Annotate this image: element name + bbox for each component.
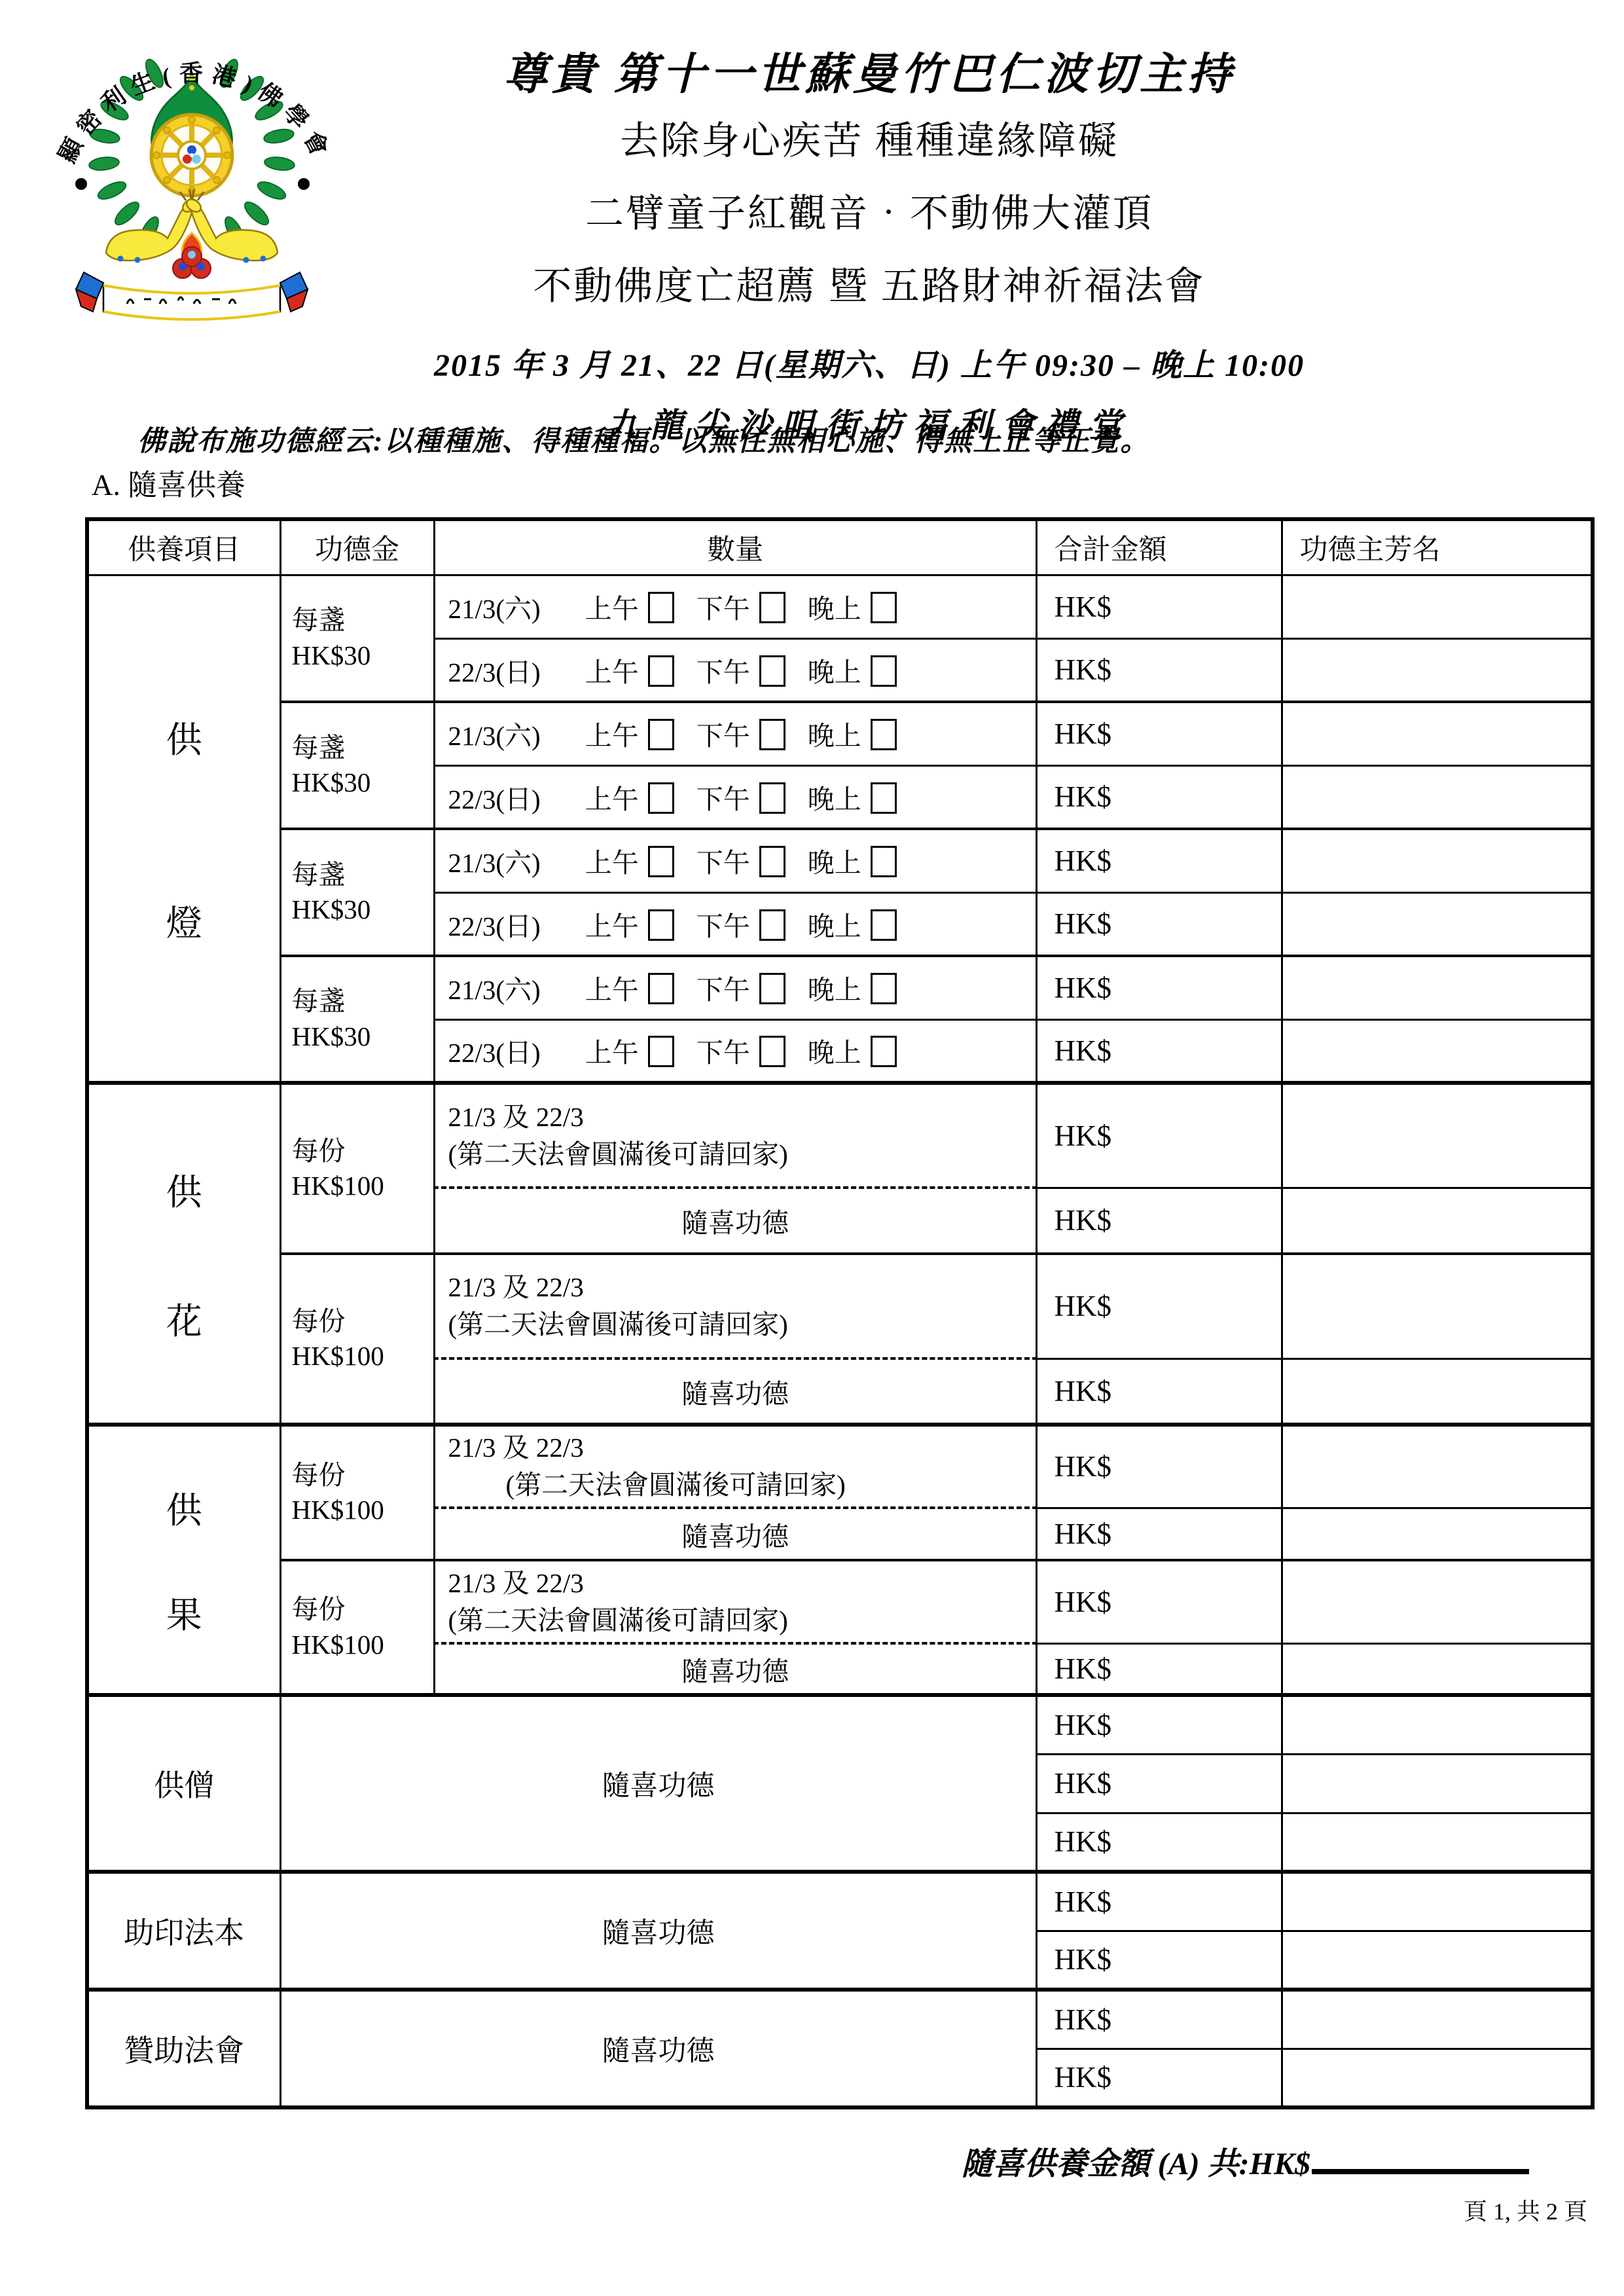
unit-price-cell: 每份 HK$100 xyxy=(280,1254,434,1425)
table-row: 每份 HK$100 21/3 及 22/3 (第二天法會圓滿後可請回家) HK$ xyxy=(87,1560,1593,1643)
table-row: 供 花 每份 HK$100 21/3 及 22/3 (第二天法會圓滿後可請回家)… xyxy=(87,1083,1593,1188)
unit-price-cell: 每份 HK$100 xyxy=(280,1083,434,1254)
donor-name-cell[interactable] xyxy=(1282,1358,1593,1425)
item-sangha: 供僧 xyxy=(87,1695,280,1872)
amount-cell: HK$ xyxy=(1036,1425,1282,1508)
donor-name-cell[interactable] xyxy=(1282,1019,1593,1083)
scripture-quote: 佛說布施功德經云:以種種施、得種種福。以無住無相心施、得無上正等正覺。 xyxy=(137,419,1149,459)
table-row: 助印法本 隨喜功德 HK$ xyxy=(87,1872,1593,1931)
amount-cell: HK$ xyxy=(1036,1813,1282,1872)
qty-cell-dates: 21/3 及 22/3 (第二天法會圓滿後可請回家) xyxy=(434,1083,1036,1188)
subtitle-3: 不動佛度亡超薦 暨 五路財神祈福法會 xyxy=(115,267,1624,306)
amount-cell: HK$ xyxy=(1036,1872,1282,1931)
rejoice-merit-cell: 隨喜功德 xyxy=(280,1695,1036,1872)
event-datetime: 2015 年 3 月 21、22 日(星期六、日) 上午 09:30 – 晚上 … xyxy=(115,340,1624,385)
section-a-label: A. 隨喜供養 xyxy=(92,461,245,503)
checkbox-afternoon[interactable] xyxy=(759,592,785,623)
col-header-item: 供養項目 xyxy=(87,519,280,575)
checkbox-morning[interactable] xyxy=(648,1036,674,1067)
qty-cell-day1: 21/3(六)上午下午晚上 xyxy=(434,702,1036,765)
unit-price-cell: 每份 HK$100 xyxy=(280,1560,434,1695)
checkbox-morning[interactable] xyxy=(648,973,674,1004)
donor-name-cell[interactable] xyxy=(1282,2049,1593,2107)
item-print-texts: 助印法本 xyxy=(87,1872,280,1990)
checkbox-evening[interactable] xyxy=(871,719,897,750)
amount-cell: HK$ xyxy=(1036,1754,1282,1813)
table-row: 供 果 每份 HK$100 21/3 及 22/3 (第二天法會圓滿後可請回家)… xyxy=(87,1425,1593,1508)
amount-cell: HK$ xyxy=(1036,892,1282,956)
donor-name-cell[interactable] xyxy=(1282,638,1593,702)
donor-name-cell[interactable] xyxy=(1282,1931,1593,1990)
checkbox-evening[interactable] xyxy=(871,846,897,877)
amount-cell: HK$ xyxy=(1036,702,1282,765)
donor-name-cell[interactable] xyxy=(1282,1813,1593,1872)
checkbox-morning[interactable] xyxy=(648,782,674,814)
checkbox-evening[interactable] xyxy=(871,592,897,623)
table-row: 每盞 HK$30 21/3(六)上午下午晚上 HK$ xyxy=(87,702,1593,765)
checkbox-evening[interactable] xyxy=(871,782,897,814)
checkbox-afternoon[interactable] xyxy=(759,782,785,814)
item-sponsor-puja: 贊助法會 xyxy=(87,1990,280,2107)
rejoice-merit-cell: 隨喜功德 xyxy=(434,1188,1036,1254)
checkbox-morning[interactable] xyxy=(648,846,674,877)
checkbox-morning[interactable] xyxy=(648,909,674,941)
rejoice-merit-cell: 隨喜功德 xyxy=(434,1643,1036,1695)
qty-cell-day1: 21/3(六)上午下午晚上 xyxy=(434,829,1036,892)
donor-name-cell[interactable] xyxy=(1282,1508,1593,1560)
checkbox-evening[interactable] xyxy=(871,655,897,687)
checkbox-afternoon[interactable] xyxy=(759,909,785,941)
donor-name-cell[interactable] xyxy=(1282,1872,1593,1931)
donor-name-cell[interactable] xyxy=(1282,1990,1593,2049)
donor-name-cell[interactable] xyxy=(1282,702,1593,765)
donor-name-cell[interactable] xyxy=(1282,1083,1593,1188)
donor-name-cell[interactable] xyxy=(1282,892,1593,956)
donor-name-cell[interactable] xyxy=(1282,1188,1593,1254)
amount-cell: HK$ xyxy=(1036,1188,1282,1254)
amount-cell: HK$ xyxy=(1036,1019,1282,1083)
qty-cell-day2: 22/3(日)上午下午晚上 xyxy=(434,765,1036,829)
col-header-unit: 功德金 xyxy=(280,519,434,575)
amount-cell: HK$ xyxy=(1036,765,1282,829)
checkbox-evening[interactable] xyxy=(871,973,897,1004)
item-fruit: 供 果 xyxy=(87,1425,280,1695)
amount-cell: HK$ xyxy=(1036,1695,1282,1754)
total-amount-line: 隨喜供養金額 (A) 共:HK$ xyxy=(0,2138,1529,2183)
donor-name-cell[interactable] xyxy=(1282,1754,1593,1813)
donor-name-cell[interactable] xyxy=(1282,956,1593,1019)
amount-cell: HK$ xyxy=(1036,829,1282,892)
total-amount-blank-field[interactable] xyxy=(1312,2140,1529,2174)
unit-price-cell: 每盞 HK$30 xyxy=(280,575,434,702)
checkbox-afternoon[interactable] xyxy=(759,1036,785,1067)
checkbox-afternoon[interactable] xyxy=(759,973,785,1004)
unit-price-cell: 每盞 HK$30 xyxy=(280,956,434,1083)
amount-cell: HK$ xyxy=(1036,1254,1282,1358)
col-header-amount: 合計金額 xyxy=(1036,519,1282,575)
table-header-row: 供養項目 功德金 數量 合計金額 功德主芳名 xyxy=(87,519,1593,575)
item-lamp: 供 燈 xyxy=(87,575,280,1083)
donor-name-cell[interactable] xyxy=(1282,1643,1593,1695)
item-flower: 供 花 xyxy=(87,1083,280,1425)
header-block: 尊貴 第十一世蘇曼竹巴仁波切主持 去除身心疾苦 種種違緣障礙 二臂童子紅觀音‧不… xyxy=(0,47,1624,446)
unit-price-cell: 每份 HK$100 xyxy=(280,1425,434,1560)
qty-cell-dates: 21/3 及 22/3 (第二天法會圓滿後可請回家) xyxy=(434,1254,1036,1358)
amount-cell: HK$ xyxy=(1036,1083,1282,1188)
page-number: 頁 1, 共 2 頁 xyxy=(1464,2193,1587,2227)
checkbox-morning[interactable] xyxy=(648,592,674,623)
table-row: 供 燈 每盞 HK$30 21/3(六)上午下午晚上 HK$ xyxy=(87,575,1593,638)
col-header-donor: 功德主芳名 xyxy=(1282,519,1593,575)
checkbox-afternoon[interactable] xyxy=(759,655,785,687)
checkbox-morning[interactable] xyxy=(648,719,674,750)
table-row: 每盞 HK$30 21/3(六)上午下午晚上 HK$ xyxy=(87,829,1593,892)
checkbox-morning[interactable] xyxy=(648,655,674,687)
donor-name-cell[interactable] xyxy=(1282,1560,1593,1643)
amount-cell: HK$ xyxy=(1036,2049,1282,2107)
amount-cell: HK$ xyxy=(1036,638,1282,702)
col-header-qty: 數量 xyxy=(434,519,1036,575)
table-row: 贊助法會 隨喜功德 HK$ xyxy=(87,1990,1593,2049)
amount-cell: HK$ xyxy=(1036,1508,1282,1560)
qty-cell-day1: 21/3(六)上午下午晚上 xyxy=(434,956,1036,1019)
donor-name-cell[interactable] xyxy=(1282,575,1593,638)
checkbox-afternoon[interactable] xyxy=(759,719,785,750)
donor-name-cell[interactable] xyxy=(1282,1695,1593,1754)
page-title: 尊貴 第十一世蘇曼竹巴仁波切主持 xyxy=(115,47,1624,103)
qty-cell-day2: 22/3(日)上午下午晚上 xyxy=(434,1019,1036,1083)
donor-name-cell[interactable] xyxy=(1282,765,1593,829)
checkbox-evening[interactable] xyxy=(871,1036,897,1067)
qty-cell-dates: 21/3 及 22/3 (第二天法會圓滿後可請回家) xyxy=(434,1560,1036,1643)
rejoice-merit-cell: 隨喜功德 xyxy=(280,1990,1036,2107)
rejoice-merit-cell: 隨喜功德 xyxy=(280,1872,1036,1990)
donor-name-cell[interactable] xyxy=(1282,1254,1593,1358)
donor-name-cell[interactable] xyxy=(1282,1425,1593,1508)
table-row: 每份 HK$100 21/3 及 22/3 (第二天法會圓滿後可請回家) HK$ xyxy=(87,1254,1593,1358)
unit-price-cell: 每盞 HK$30 xyxy=(280,829,434,956)
amount-cell: HK$ xyxy=(1036,1560,1282,1643)
subtitle-2: 二臂童子紅觀音‧不動佛大灌頂 xyxy=(115,194,1624,233)
offering-table: 供養項目 功德金 數量 合計金額 功德主芳名 供 燈 每盞 HK$30 21/3… xyxy=(85,517,1595,2109)
donation-form-page: 顯密利生(香港)佛學會 尊貴 第十一世蘇曼竹巴仁波切主持 去除身心疾苦 種種違緣… xyxy=(0,0,1624,2296)
qty-cell-day2: 22/3(日)上午下午晚上 xyxy=(434,892,1036,956)
qty-cell-day1: 21/3(六)上午下午晚上 xyxy=(434,575,1036,638)
amount-cell: HK$ xyxy=(1036,1990,1282,2049)
amount-cell: HK$ xyxy=(1036,1358,1282,1425)
qty-cell-day2: 22/3(日)上午下午晚上 xyxy=(434,638,1036,702)
checkbox-evening[interactable] xyxy=(871,909,897,941)
unit-price-cell: 每盞 HK$30 xyxy=(280,702,434,829)
amount-cell: HK$ xyxy=(1036,956,1282,1019)
total-amount-label: 隨喜供養金額 (A) 共:HK$ xyxy=(962,2147,1310,2181)
rejoice-merit-cell: 隨喜功德 xyxy=(434,1358,1036,1425)
table-row: 供僧 隨喜功德 HK$ xyxy=(87,1695,1593,1754)
checkbox-afternoon[interactable] xyxy=(759,846,785,877)
amount-cell: HK$ xyxy=(1036,1643,1282,1695)
qty-cell-dates: 21/3 及 22/3 (第二天法會圓滿後可請回家) xyxy=(434,1425,1036,1508)
rejoice-merit-cell: 隨喜功德 xyxy=(434,1508,1036,1560)
subtitle-1: 去除身心疾苦 種種違緣障礙 xyxy=(115,122,1624,160)
amount-cell: HK$ xyxy=(1036,575,1282,638)
donor-name-cell[interactable] xyxy=(1282,829,1593,892)
table-row: 每盞 HK$30 21/3(六)上午下午晚上 HK$ xyxy=(87,956,1593,1019)
amount-cell: HK$ xyxy=(1036,1931,1282,1990)
